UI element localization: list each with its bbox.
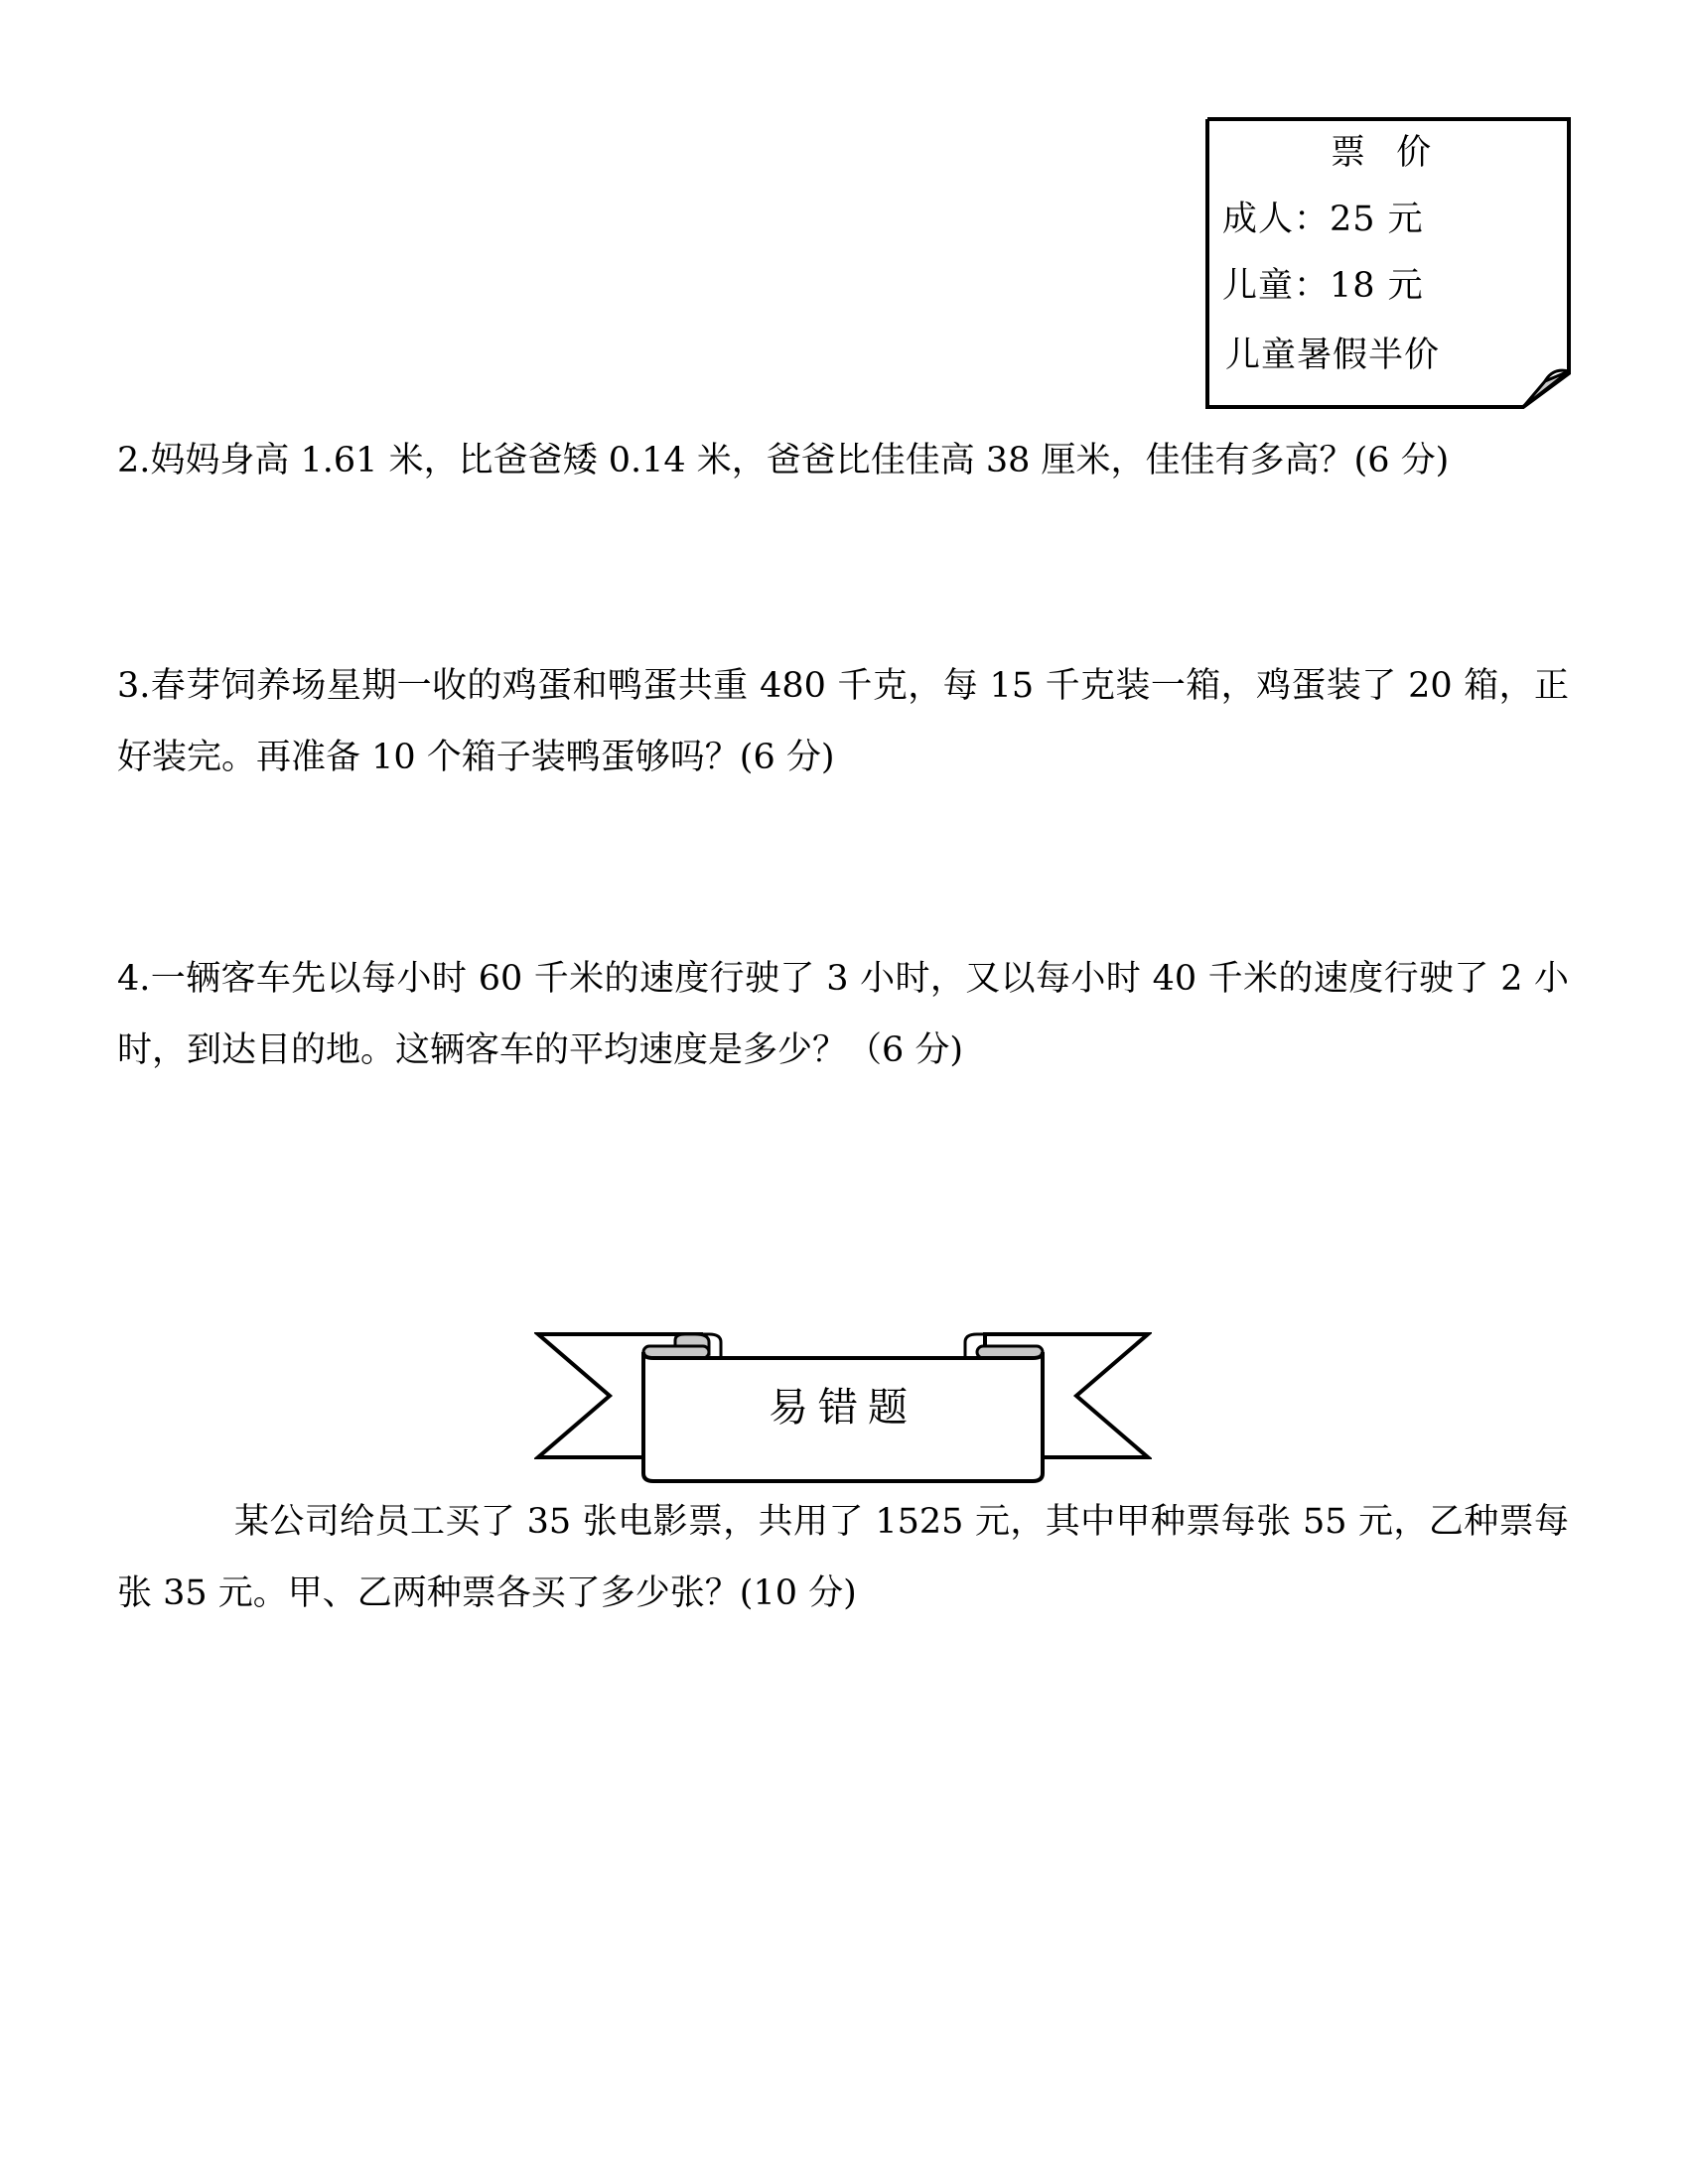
adult-price: 成人：25 元	[1222, 200, 1424, 239]
question-3: 3.春芽饲养场星期一收的鸡蛋和鸭蛋共重 480 千克，每 15 千克装一箱，鸡蛋…	[117, 650, 1569, 793]
price-card-title: 票 价	[1331, 133, 1441, 173]
error-prone-banner: 易错题	[534, 1332, 1152, 1483]
question-2: 2.妈妈身高 1.61 米，比爸爸矮 0.14 米，爸爸比佳佳高 38 厘米，佳…	[117, 425, 1569, 496]
worksheet-page: 票 价 成人：25 元 儿童：18 元 儿童暑假半价 2.妈妈身高 1.61 米…	[0, 0, 1688, 2184]
summer-discount-note: 儿童暑假半价	[1225, 336, 1440, 375]
child-price: 儿童：18 元	[1222, 266, 1424, 306]
banner-title: 易错题	[534, 1384, 1152, 1432]
ticket-price-card: 票 价 成人：25 元 儿童：18 元 儿童暑假半价	[1203, 115, 1575, 411]
error-prone-question: 某公司给员工买了 35 张电影票，共用了 1525 元，其中甲种票每张 55 元…	[117, 1486, 1569, 1629]
question-4: 4.一辆客车先以每小时 60 千米的速度行驶了 3 小时，又以每小时 40 千米…	[117, 943, 1569, 1086]
